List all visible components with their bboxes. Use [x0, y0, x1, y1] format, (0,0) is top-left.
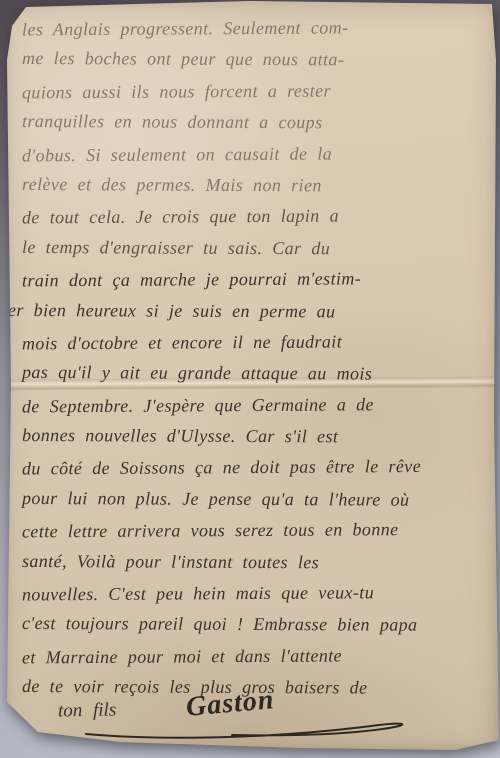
handwriting-line: et Marraine pour moi et dans l'attente — [22, 639, 494, 673]
handwriting-line: les Anglais progressent. Seulement com- — [22, 12, 494, 46]
handwriting-line: pour lui non plus. Je pense qu'a ta l'he… — [22, 483, 494, 516]
handwriting-line: d'obus. Si seulement on causait de la — [22, 137, 494, 171]
handwriting-line: bonnes nouvelles d'Ulysse. Car s'il est — [22, 420, 494, 453]
handwriting-line: le temps d'engraisser tu sais. Car du — [22, 232, 494, 265]
handwriting-line: santé, Voilà pour l'instant toutes les — [22, 546, 494, 579]
handwriting-line: relève et des permes. Mais non rien — [22, 169, 494, 202]
closing-row: ton fils Gaston — [0, 692, 500, 752]
letter-lines: les Anglais progressent. Seulement com-m… — [22, 13, 494, 704]
letter-photo-background: les Anglais progressent. Seulement com-m… — [0, 0, 500, 758]
handwriting-line: de Septembre. J'espère que Germaine a de — [22, 388, 494, 422]
letter-paper: les Anglais progressent. Seulement com-m… — [0, 0, 500, 758]
handwriting-line: er bien heureux si je suis en perme au — [8, 294, 494, 328]
handwriting-line: quions aussi ils nous forcent a rester — [22, 74, 494, 108]
handwriting-line: nouvelles. C'est peu hein mais que veux-… — [22, 577, 494, 611]
handwriting-line: pas qu'il y ait eu grande attaque au moi… — [22, 357, 494, 390]
handwriting-line: du côté de Soissons ça ne doit pas être … — [22, 451, 494, 485]
handwriting-line: me les boches ont peur que nous atta- — [22, 43, 494, 76]
signature-flourish-icon — [84, 718, 436, 740]
handwriting-line: mois d'octobre et encore il ne faudrait — [22, 325, 494, 359]
handwriting-line: train dont ça marche je pourrai m'estim- — [22, 263, 494, 297]
paper-shadow-wrap: les Anglais progressent. Seulement com-m… — [0, 0, 500, 758]
handwriting-line: c'est toujours pareil quoi ! Embrasse bi… — [22, 608, 494, 641]
handwriting-line: cette lettre arrivera vous serez tous en… — [22, 514, 494, 548]
handwriting-line: tranquilles en nous donnant a coups — [22, 106, 494, 139]
handwriting-line: de tout cela. Je crois que ton lapin a — [22, 200, 494, 234]
